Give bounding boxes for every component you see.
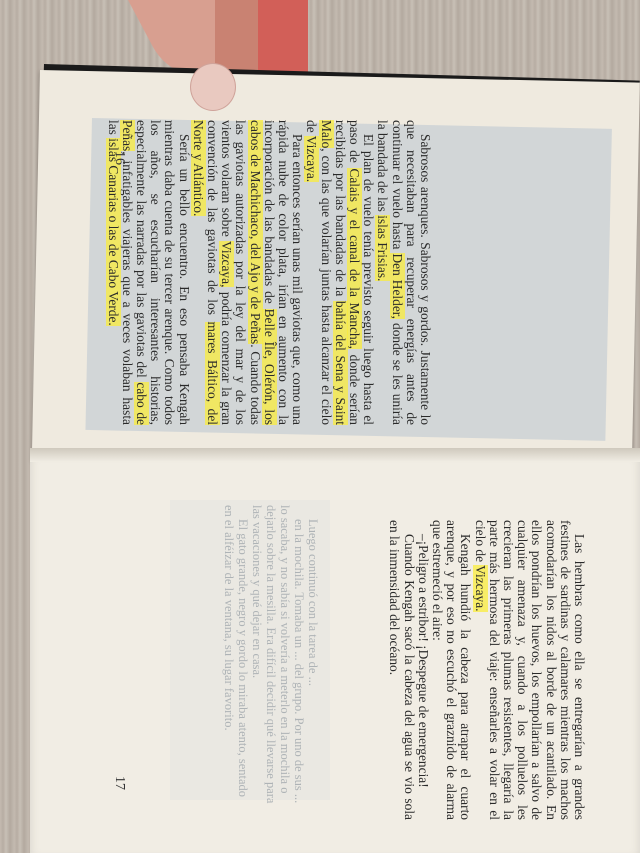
paragraph: Sería un bello encuentro. En eso pensaba… <box>105 120 190 425</box>
thumbnail <box>190 63 236 111</box>
text: –¡Peligro a estribor! ¡Despegue de emerg… <box>416 534 431 788</box>
text: Las hembras como ella se entregarían a g… <box>473 520 587 820</box>
page-16-text: Sabrosos arenques. Sabrosos y gordos. Ju… <box>105 120 432 425</box>
page-number-16: 16 <box>111 151 127 165</box>
highlighted-text: islas Canarias o las de Cabo Verde. <box>106 138 121 326</box>
highlighted-text: Vizcaya. <box>473 565 488 611</box>
page-17-text: Las hembras como ella se entregarían a g… <box>387 520 586 820</box>
paragraph: Kengah hundió la cabeza para atrapar el … <box>430 520 473 820</box>
bleed-line: Luego continuó con la tarea de ... <box>306 505 320 805</box>
paragraph: Para entonces serían unas mil gaviotas q… <box>191 120 305 425</box>
page-number-17: 17 <box>111 776 127 790</box>
paragraph: Cuando Kengah sacó la cabeza del agua se… <box>387 520 415 820</box>
bleed-line: El gato grande, negro y gordo lo miraba … <box>222 505 250 805</box>
paragraph: Sabrosos arenques. Sabrosos y gordos. Ju… <box>375 120 432 425</box>
paragraph: El plan de vuelo tenía previsto seguir l… <box>304 120 375 425</box>
text: Kengah hundió la cabeza para atrapar el … <box>430 520 473 820</box>
highlighted-text: islas Frisias. <box>375 215 390 281</box>
highlighted-text: Calais y el canal de la Mancha, <box>347 168 362 349</box>
paragraph: Las hembras como ella se entregarían a g… <box>472 520 586 820</box>
paragraph: –¡Peligro a estribor! ¡Despegue de emerg… <box>416 520 430 820</box>
highlighted-text: Vizcaya. <box>304 136 319 182</box>
page-17-bleed-through-text: Luego continuó con la tarea de ... en la… <box>222 505 320 805</box>
book-spine-gutter <box>30 448 640 462</box>
highlighted-text: Den Helder, <box>390 253 405 319</box>
highlighted-text: Vizcaya, <box>219 241 234 287</box>
text: Cuando Kengah sacó la cabeza del agua se… <box>387 520 416 820</box>
text: Sería un bello encuentro. En eso pensaba… <box>134 120 192 425</box>
bleed-line: en la mochila. Tomaba un ... del grupo. … <box>250 505 306 805</box>
